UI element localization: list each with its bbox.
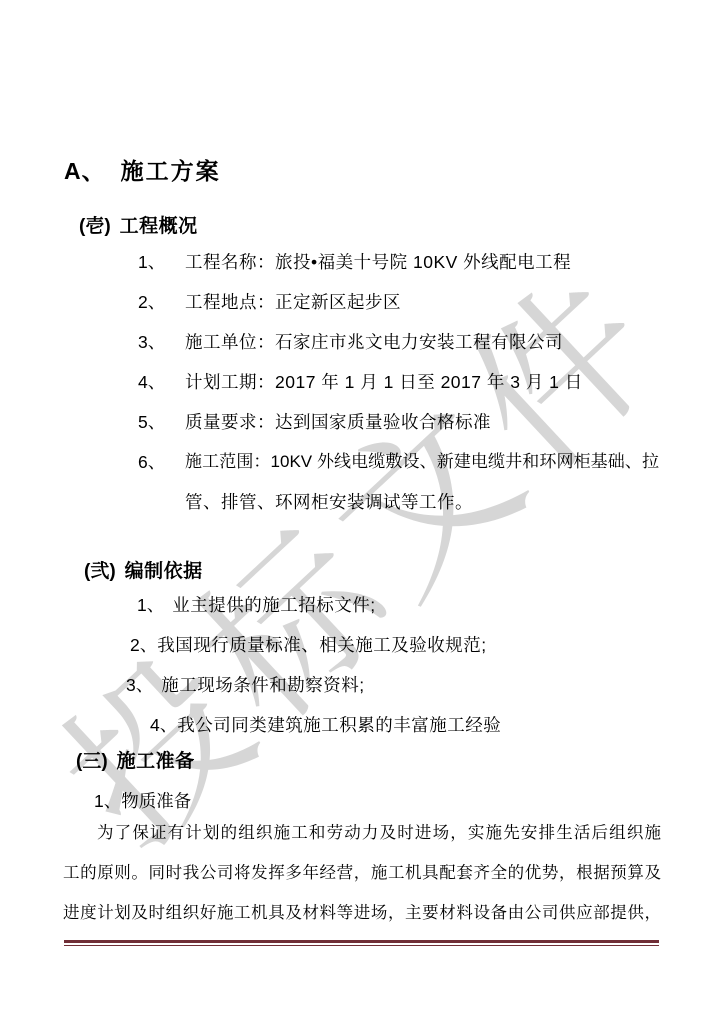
document-title: A、 施工方案: [64, 153, 221, 186]
item-text: 施工现场条件和勘察资料;: [161, 665, 364, 705]
document-page: 投标文件 A、 施工方案 (壱) 工程概况 1、 工程名称：旅投•福美十号院 1…: [0, 0, 724, 1024]
item-text: 施工范围：10KV 外线电缆敷设、新建电缆井和环网柜基础、拉 管、排管、环网柜安…: [185, 442, 668, 522]
list-item: 2、 我国现行质量标准、相关施工及验收规范;: [130, 625, 700, 665]
item-number: 2、: [130, 625, 157, 665]
item-text-line: 施工范围：10KV 外线电缆敷设、新建电缆井和环网柜基础、拉: [185, 442, 659, 482]
list-item: 5、 质量要求：达到国家质量验收合格标准: [138, 402, 668, 442]
item-number: 6、: [138, 442, 185, 482]
list-item: 6、 施工范围：10KV 外线电缆敷设、新建电缆井和环网柜基础、拉 管、排管、环…: [138, 442, 668, 522]
section-label: 施工准备: [117, 746, 195, 773]
footer-double-rule: [64, 940, 659, 946]
item-text: 我国现行质量标准、相关施工及验收规范;: [157, 625, 486, 665]
section-label: 编制依据: [125, 556, 203, 583]
title-text: 施工方案: [121, 153, 221, 186]
list-item: 3、 施工单位：石家庄市兆文电力安装工程有限公司: [138, 322, 668, 362]
title-prefix: A、: [64, 153, 106, 186]
item-text: 业主提供的施工招标文件;: [172, 585, 375, 625]
item-number: 2、: [138, 282, 185, 322]
item-text: 质量要求：达到国家质量验收合格标准: [185, 402, 668, 442]
item-number: 4、: [138, 362, 185, 402]
item-number: 1、: [137, 585, 164, 625]
item-text-line: 管、排管、环网柜安装调试等工作。: [185, 482, 668, 522]
section-label: 工程概况: [120, 211, 198, 238]
section-heading-overview: (壱) 工程概况: [79, 211, 198, 238]
item-number: 3、: [138, 322, 185, 362]
list-item: 1、 业主提供的施工招标文件;: [137, 585, 700, 625]
overview-list: 1、 工程名称：旅投•福美十号院 10KV 外线配电工程 2、 工程地点：正定新…: [138, 242, 668, 522]
section-number: (壱): [79, 211, 111, 238]
subsection-heading-material-preparation: 1、物质准备: [94, 788, 191, 813]
item-number: 4、: [150, 705, 177, 745]
item-text: 计划工期：2017 年 1 月 1 日至 2017 年 3 月 1 日: [185, 362, 668, 402]
item-text: 工程地点：正定新区起步区: [185, 282, 668, 322]
section-heading-preparation: (三) 施工准备: [76, 746, 195, 773]
item-number: 1、: [138, 242, 185, 282]
item-number: 3、: [126, 665, 153, 705]
item-text: 工程名称：旅投•福美十号院 10KV 外线配电工程: [185, 242, 668, 282]
paragraph-line: 进度计划及时组织好施工机具及材料等进场，主要材料设备由公司供应部提供，: [63, 893, 661, 933]
list-item: 1、 工程名称：旅投•福美十号院 10KV 外线配电工程: [138, 242, 668, 282]
item-text: 施工单位：石家庄市兆文电力安装工程有限公司: [185, 322, 668, 362]
section-number: (弐): [84, 556, 116, 583]
paragraph-line: 为了保证有计划的组织施工和劳动力及时进场，实施先安排生活后组织施: [63, 813, 661, 853]
section-heading-basis: (弐) 编制依据: [84, 556, 203, 583]
item-text: 我公司同类建筑施工积累的丰富施工经验: [177, 705, 501, 745]
list-item: 3、 施工现场条件和勘察资料;: [126, 665, 700, 705]
list-item: 4、 我公司同类建筑施工积累的丰富施工经验: [150, 705, 700, 745]
paragraph-line: 工的原则。同时我公司将发挥多年经营，施工机具配套齐全的优势，根据预算及: [63, 853, 661, 893]
body-paragraph: 为了保证有计划的组织施工和劳动力及时进场，实施先安排生活后组织施 工的原则。同时…: [63, 813, 661, 933]
list-item: 2、 工程地点：正定新区起步区: [138, 282, 668, 322]
section-number: (三): [76, 746, 108, 773]
item-number: 5、: [138, 402, 185, 442]
basis-list: 1、 业主提供的施工招标文件; 2、 我国现行质量标准、相关施工及验收规范; 3…: [0, 585, 700, 745]
list-item: 4、 计划工期：2017 年 1 月 1 日至 2017 年 3 月 1 日: [138, 362, 668, 402]
